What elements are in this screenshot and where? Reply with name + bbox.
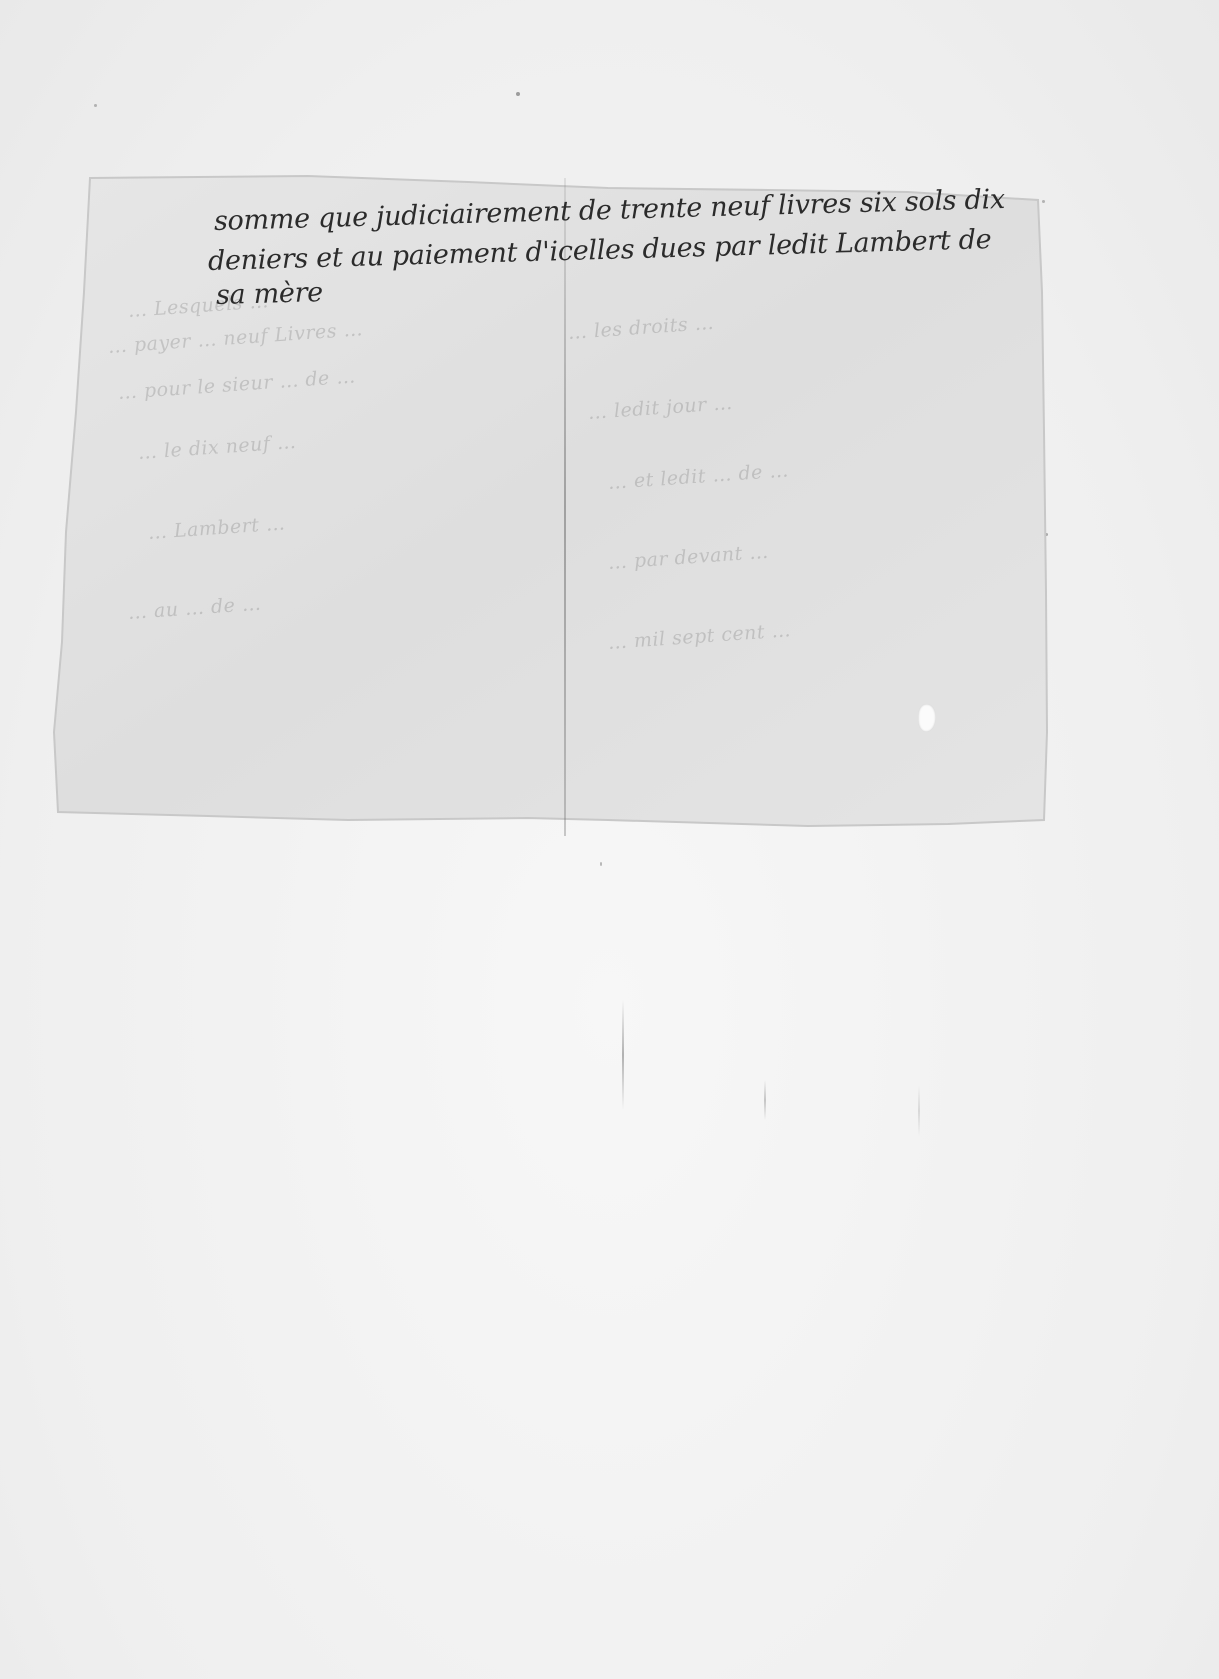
fold-line (564, 178, 566, 836)
scan-smudge (918, 1086, 920, 1136)
scan-smudge (764, 1080, 766, 1120)
manuscript-line-3: sa mère (216, 277, 324, 311)
scan-smudge (622, 1000, 624, 1110)
speck (516, 92, 520, 96)
paper-shape (48, 172, 1048, 840)
manuscript-sheet: … Lesquels … … payer … neuf Livres … … l… (48, 172, 1048, 840)
speck (94, 104, 97, 107)
speck (600, 862, 602, 866)
